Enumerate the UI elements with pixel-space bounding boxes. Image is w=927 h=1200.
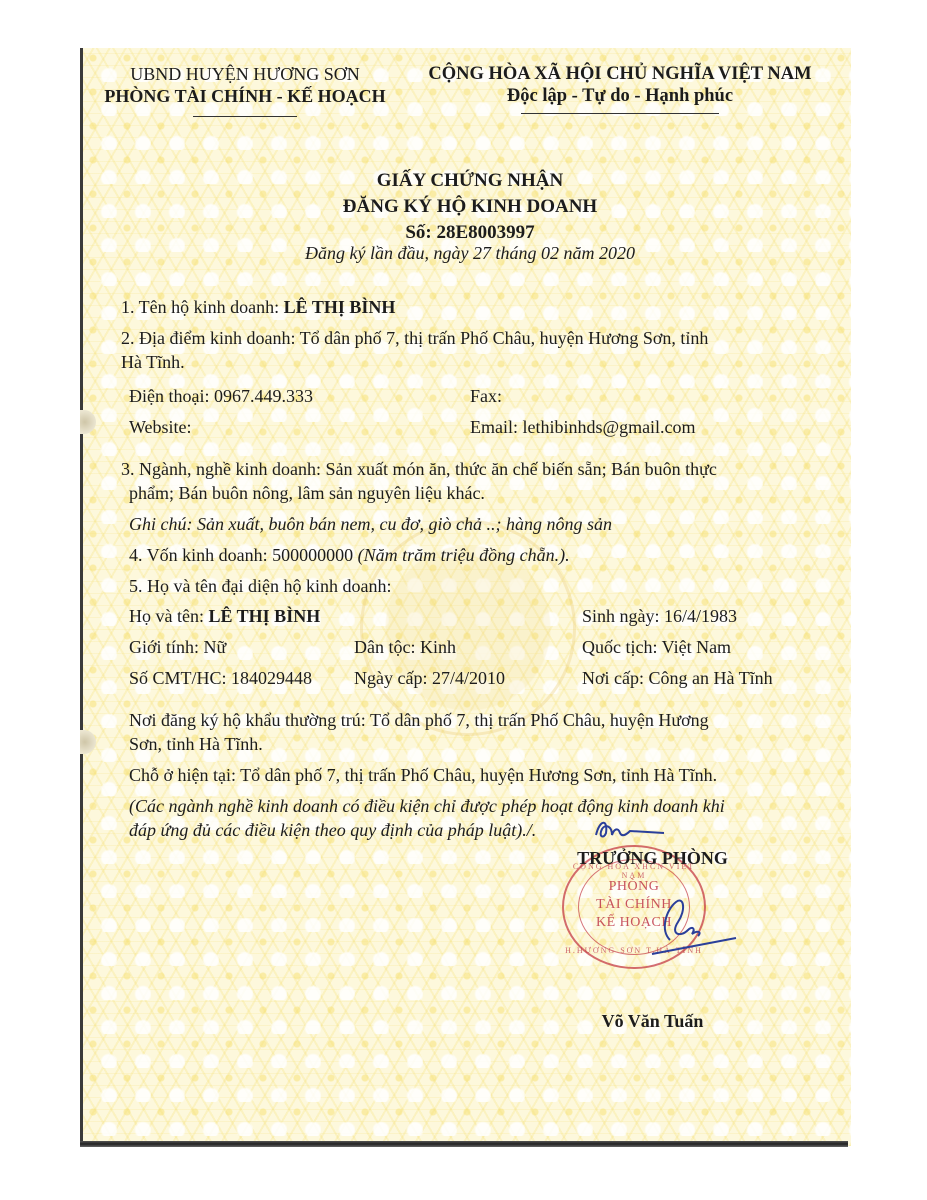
business-lines-line1: 3. Ngành, nghề kinh doanh: Sản xuất món … <box>121 459 717 480</box>
bottom-border <box>80 1141 848 1147</box>
document-subtitle: ĐĂNG KÝ HỘ KINH DOANH <box>260 196 680 218</box>
handwritten-signature-icon <box>640 890 740 960</box>
business-name-label: 1. Tên hộ kinh doanh: <box>121 297 284 317</box>
permanent-address-line2: Sơn, tỉnh Hà Tĩnh. <box>129 734 263 755</box>
disclaimer-line2: đáp ứng đủ các điều kiện theo quy định c… <box>129 820 536 841</box>
issuing-authority: UBND HUYỆN HƯƠNG SƠN <box>100 64 390 85</box>
email: Email: lethibinhds@gmail.com <box>470 417 696 438</box>
header-left-underline <box>193 116 297 117</box>
business-name-value: LÊ THỊ BÌNH <box>284 297 396 317</box>
business-lines-line2: phẩm; Bán buôn nông, lâm sản nguyên liệu… <box>129 483 485 504</box>
capital-in-words: (Năm trăm triệu đồng chẵn.). <box>358 545 570 565</box>
representative-name-value: LÊ THỊ BÌNH <box>208 606 320 626</box>
business-address-line1: 2. Địa điểm kinh doanh: Tổ dân phố 7, th… <box>121 328 708 349</box>
initials-signature-icon <box>590 815 670 845</box>
capital-row: 4. Vốn kinh doanh: 500000000 (Năm trăm t… <box>129 545 570 566</box>
national-motto: Độc lập - Tự do - Hạnh phúc <box>420 86 820 107</box>
representative-name-row: Họ và tên: LÊ THỊ BÌNH <box>129 606 320 627</box>
certificate-number: Số: 28E8003997 <box>260 222 680 244</box>
id-issue-place: Nơi cấp: Công an Hà Tĩnh <box>582 668 773 689</box>
document-title: GIẤY CHỨNG NHẬN <box>260 170 680 192</box>
country-name: CỘNG HÒA XÃ HỘI CHỦ NGHĨA VIỆT NAM <box>420 64 820 85</box>
website: Website: <box>129 417 192 438</box>
disclaimer-line1: (Các ngành nghề kinh doanh có điều kiện … <box>129 796 725 817</box>
current-address: Chỗ ở hiện tại: Tổ dân phố 7, thị trấn P… <box>129 765 717 786</box>
phone: Điện thoại: 0967.449.333 <box>129 386 313 407</box>
permanent-address-line1: Nơi đăng ký hộ khẩu thường trú: Tổ dân p… <box>129 710 709 731</box>
business-name-row: 1. Tên hộ kinh doanh: LÊ THỊ BÌNH <box>121 297 395 318</box>
fax: Fax: <box>470 386 502 407</box>
registration-date: Đăng ký lần đầu, ngày 27 tháng 02 năm 20… <box>260 243 680 264</box>
birth-date: Sinh ngày: 16/4/1983 <box>582 606 737 627</box>
representative-name-label: Họ và tên: <box>129 606 208 626</box>
signer-name: Võ Văn Tuấn <box>560 1011 745 1032</box>
gender: Giới tính: Nữ <box>129 637 226 658</box>
nationality: Quốc tịch: Việt Nam <box>582 637 731 658</box>
capital-amount: 4. Vốn kinh doanh: 500000000 <box>129 545 358 565</box>
business-address-line2: Hà Tĩnh. <box>121 352 185 373</box>
business-note: Ghi chú: Sản xuất, buôn bán nem, cu đơ, … <box>129 514 612 535</box>
issuing-department: PHÒNG TÀI CHÍNH - KẾ HOẠCH <box>100 86 390 107</box>
id-issue-date: Ngày cấp: 27/4/2010 <box>354 668 505 689</box>
ethnicity: Dân tộc: Kinh <box>354 637 456 658</box>
signer-title: TRƯỞNG PHÒNG <box>560 848 745 869</box>
header-right-underline <box>521 113 719 114</box>
representative-heading: 5. Họ và tên đại diện hộ kinh doanh: <box>129 576 391 597</box>
id-number: Số CMT/HC: 184029448 <box>129 668 312 689</box>
